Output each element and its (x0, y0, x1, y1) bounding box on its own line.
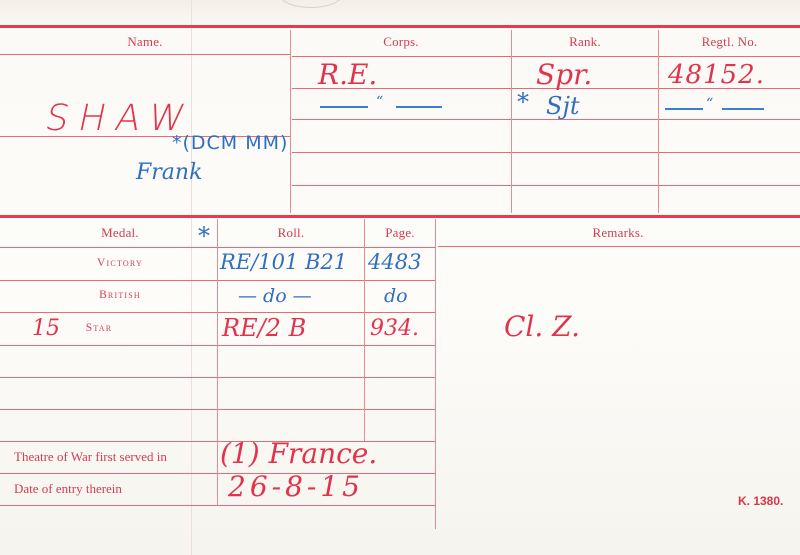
regtl-no-column-header: Regtl. No. (659, 34, 800, 50)
medal-british-label: British (30, 289, 210, 301)
roll-divider (217, 219, 218, 505)
page-column-header: Page. (365, 225, 435, 241)
rank-promotion-entry: Sjt (546, 92, 580, 120)
corps-ditto-dash-left (320, 106, 368, 108)
fold-crease (191, 0, 192, 555)
page-divider (364, 219, 365, 441)
roll-column-header: Roll. (218, 225, 364, 241)
corps-entry: R.E. (318, 58, 377, 91)
name-column-header: Name. (0, 34, 290, 50)
remarks-header-rule (438, 246, 800, 247)
regtl-no-entry: 48152. (668, 60, 765, 90)
regtl-divider (658, 30, 659, 213)
corps-column-header: Corps. (291, 34, 511, 50)
header-rule-right (292, 56, 800, 57)
remarks-entry: Cl. Z. (504, 310, 580, 343)
star-roll-entry: RE/2 B (222, 314, 306, 342)
regtl-ditto-dash-right (722, 108, 764, 110)
date-of-entry-label: Date of entry therein (14, 481, 122, 497)
rank-entry: Spr. (536, 58, 592, 91)
star-prefix-entry: 15 (32, 316, 60, 341)
theatre-of-war-label: Theatre of War first served in (14, 449, 167, 465)
regtl-ditto-mark: “ (706, 96, 713, 112)
medal-annotation-marker: * (198, 222, 210, 250)
forename-entry: Frank (136, 160, 202, 185)
rank-column-header: Rank. (512, 34, 658, 50)
corps-ditto-dash-right (396, 106, 442, 108)
rank-divider (511, 30, 512, 213)
remarks-column-header: Remarks. (436, 225, 800, 241)
medal-column-header: Medal. (30, 225, 210, 241)
awards-annotation: *(DCM MM) (172, 132, 288, 154)
row-rule (292, 152, 800, 153)
star-page-entry: 934. (370, 316, 419, 341)
british-roll-entry: — do — (238, 285, 312, 307)
date-of-entry-entry: 26-8-15 (228, 470, 364, 503)
corps-divider (290, 30, 291, 213)
remarks-divider (435, 219, 436, 529)
british-page-entry: do (384, 285, 408, 307)
theatre-of-war-entry: (1) France. (220, 437, 377, 470)
victory-page-entry: 4483 (368, 250, 421, 274)
paper-smudge (280, 0, 342, 8)
medal-index-card: Name. Corps. Rank. Regtl. No. SHAW *(DCM… (0, 0, 800, 555)
medal-section-rule (0, 215, 800, 218)
service-bottom-rule (0, 505, 435, 506)
row-rule (292, 185, 800, 186)
rank-annotation-marker: * (517, 88, 529, 116)
name-header-rule (0, 54, 290, 55)
form-number: K. 1380. (738, 494, 783, 508)
regtl-ditto-dash-left (665, 108, 703, 110)
corps-ditto-mark: “ (376, 94, 383, 110)
victory-roll-entry: RE/101 B21 (220, 250, 347, 274)
top-rule (0, 25, 800, 28)
medal-victory-label: Victory (30, 257, 210, 269)
medal-star-label: Star (74, 322, 124, 334)
